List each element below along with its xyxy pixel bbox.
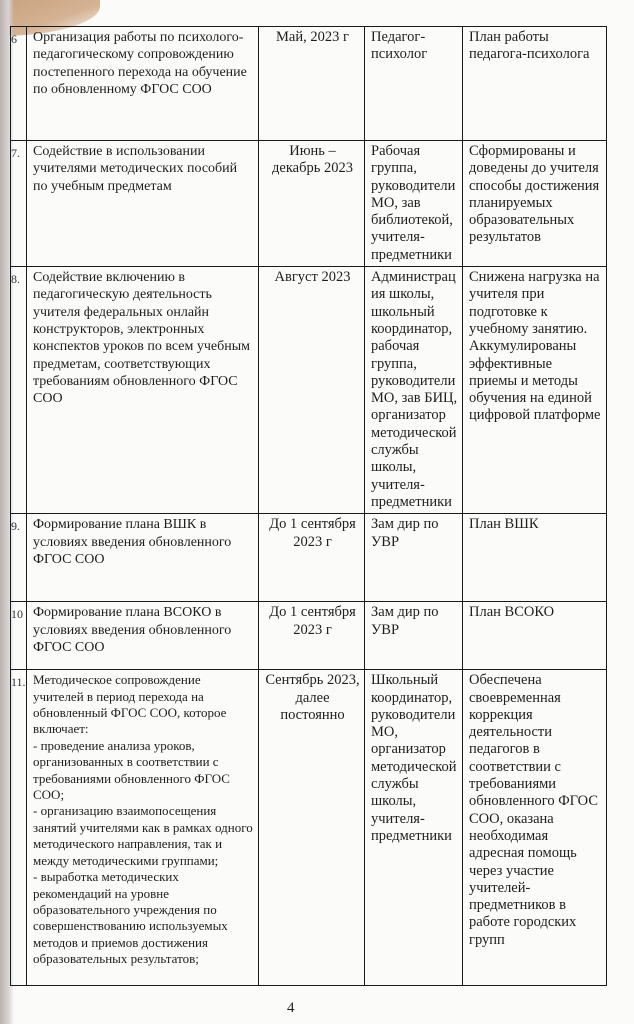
result-cell: Обеспечена своевременная коррекция деяте…: [463, 670, 607, 986]
row-number: 6: [11, 27, 27, 141]
row-number: 9.: [11, 514, 27, 602]
row-number: 7.: [11, 141, 27, 267]
responsible-cell: Зам дир по УВР: [365, 514, 463, 602]
responsible-cell: Рабочая группа, руководители МО, зав биб…: [365, 141, 463, 267]
activity-cell: Содействие в использовании учителями мет…: [27, 141, 259, 267]
responsible-cell: Педагог- психолог: [365, 27, 463, 141]
result-cell: План работы педагога-психолога: [463, 27, 607, 141]
activity-cell: Формирование плана ВСОКО в условиях введ…: [27, 602, 259, 670]
responsible-cell: Администрац ия школы, школьный координат…: [365, 267, 463, 514]
page-number: 4: [287, 1000, 295, 1017]
responsible-cell: Зам дир по УВР: [365, 602, 463, 670]
result-cell: План ВШК: [463, 514, 607, 602]
deadline-cell: До 1 сентября 2023 г: [259, 514, 365, 602]
implementation-plan-table: 6 Организация работы по психолого-педаго…: [10, 26, 607, 986]
deadline-cell: Май, 2023 г: [259, 27, 365, 141]
row-number: 10: [11, 602, 27, 670]
activity-cell: Содействие включению в педагогическую де…: [27, 267, 259, 514]
activity-cell: Формирование плана ВШК в условиях введен…: [27, 514, 259, 602]
table-row: 7. Содействие в использовании учителями …: [11, 141, 607, 267]
result-cell: Сформированы и доведены до учителя спосо…: [463, 141, 607, 267]
activity-cell: Методическое сопровождение учителей в пе…: [27, 670, 259, 986]
table-row: 10 Формирование плана ВСОКО в условиях в…: [11, 602, 607, 670]
deadline-cell: До 1 сентября 2023 г: [259, 602, 365, 670]
table-row: 8. Содействие включению в педагогическую…: [11, 267, 607, 514]
deadline-cell: Сентябрь 2023, далее постоянно: [259, 670, 365, 986]
result-cell: Снижена нагрузка на учителя при подготов…: [463, 267, 607, 514]
table-row: 6 Организация работы по психолого-педаго…: [11, 27, 607, 141]
row-number: 11.: [11, 670, 27, 986]
document-page: 6 Организация работы по психолого-педаго…: [8, 0, 634, 1024]
result-cell: План ВСОКО: [463, 602, 607, 670]
activity-cell: Организация работы по психолого-педагоги…: [27, 27, 259, 141]
table-row: 9. Формирование плана ВШК в условиях вве…: [11, 514, 607, 602]
responsible-cell: Школьный координатор, руководители МО, о…: [365, 670, 463, 986]
deadline-cell: Июнь – декабрь 2023: [259, 141, 365, 267]
deadline-cell: Август 2023: [259, 267, 365, 514]
table-row: 11. Методическое сопровождение учителей …: [11, 670, 607, 986]
row-number: 8.: [11, 267, 27, 514]
